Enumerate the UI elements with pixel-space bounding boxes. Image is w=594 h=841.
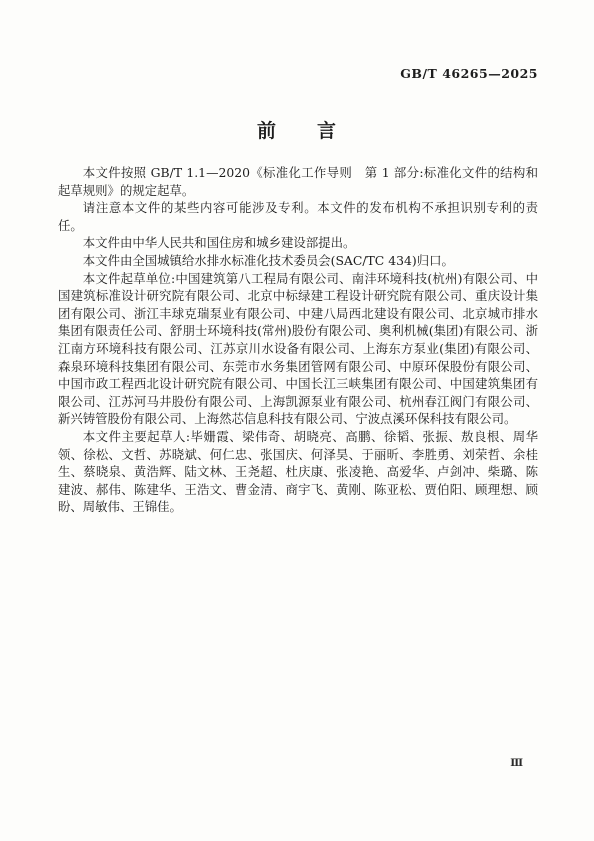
foreword-paragraph-patent-notice: 请注意本文件的某些内容可能涉及专利。本文件的发布机构不承担识别专利的责任。 xyxy=(58,199,538,234)
foreword-paragraph-centralized-by: 本文件由全国城镇给水排水标准化技术委员会(SAC/TC 434)归口。 xyxy=(58,252,538,270)
foreword-body: 本文件按照 GB/T 1.1—2020《标准化工作导则 第 1 部分:标准化文件… xyxy=(58,164,538,516)
foreword-paragraph-chief-drafters: 本文件主要起草人:毕姗霞、梁伟奇、胡晓亮、高鹏、徐韬、张振、敖良根、周华领、徐松… xyxy=(58,428,538,516)
standard-document-page: GB/T 46265—2025 前 言 本文件按照 GB/T 1.1—2020《… xyxy=(0,0,594,841)
page-title: 前 言 xyxy=(0,116,594,143)
page-number: Ⅲ xyxy=(510,757,523,769)
foreword-paragraph-drafting-rules: 本文件按照 GB/T 1.1—2020《标准化工作导则 第 1 部分:标准化文件… xyxy=(58,164,538,199)
foreword-paragraph-drafting-organizations: 本文件起草单位:中国建筑第八工程局有限公司、南沣环境科技(杭州)有限公司、中国建… xyxy=(58,270,538,428)
foreword-paragraph-proposed-by: 本文件由中华人民共和国住房和城乡建设部提出。 xyxy=(58,234,538,252)
standard-number: GB/T 46265—2025 xyxy=(400,66,538,81)
